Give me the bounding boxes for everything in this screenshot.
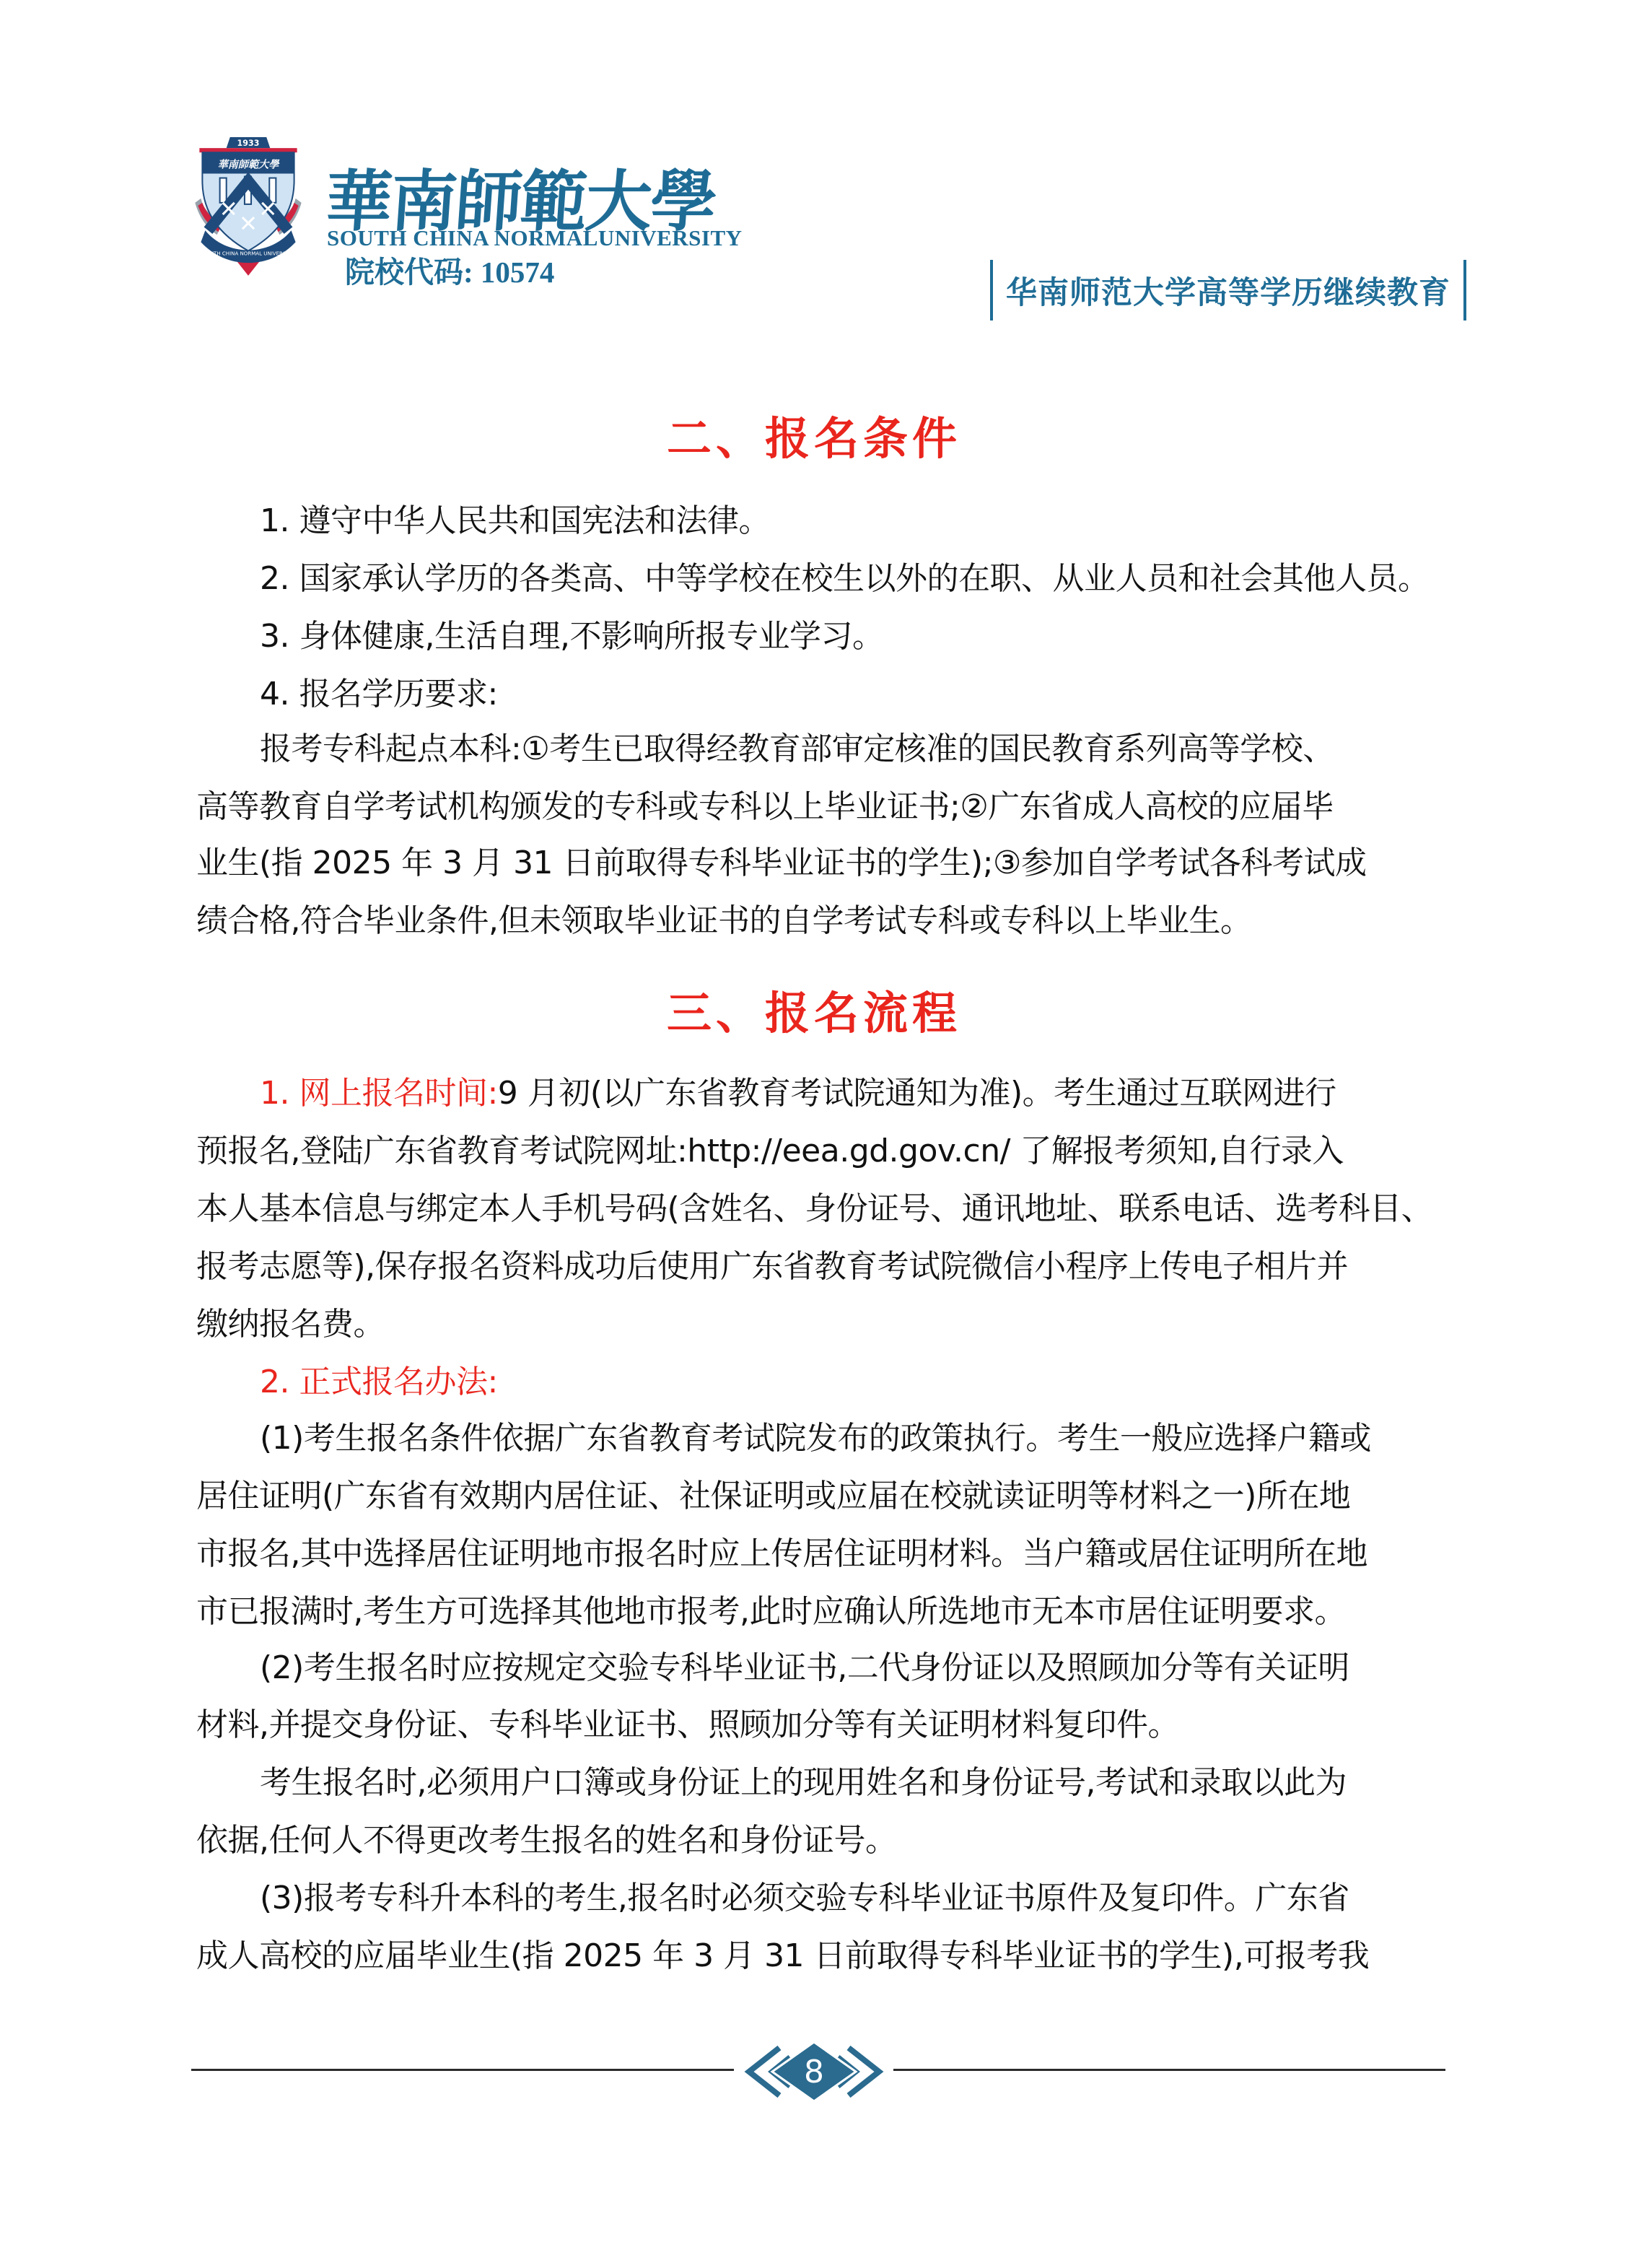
body-line: 本人基本信息与绑定本人手机号码(含姓名、身份证号、通讯地址、联系电话、选考科目、 [196, 1187, 1432, 1231]
university-name-english: SOUTH CHINA NORMALUNIVERSITY [327, 225, 743, 251]
body-line: 考生报名时,必须用户口簿或身份证上的现用姓名和身份证号,考试和录取以此为 [260, 1761, 1347, 1805]
body-line: (3)报考专科升本科的考生,报名时必须交验专科毕业证书原件及复印件。广东省 [260, 1877, 1349, 1920]
footer-rule-left [191, 2069, 734, 2071]
body-line: 2. 国家承认学历的各类高、中等学校在校生以外的在职、从业人员和社会其他人员。 [260, 557, 1429, 601]
body-line: 依据,任何人不得更改考生报名的姓名和身份证号。 [196, 1819, 896, 1862]
emblem-cn-name: 華南師範大學 [218, 158, 281, 170]
emblem-year: 1933 [237, 139, 260, 148]
banner-text: 华南师范大学高等学历继续教育 [1006, 269, 1450, 313]
body-line: 市报名,其中选择居住证明地市报名时应上传居住证明材料。当户籍或居住证明所在地 [196, 1532, 1367, 1576]
body-line: 3. 身体健康,生活自理,不影响所报专业学习。 [260, 615, 883, 658]
body-line: 报考专科起点本科:①考生已取得经教育部审定核准的国民教育系列高等学校、 [260, 728, 1334, 771]
body-line: 报考志愿等),保存报名资料成功后使用广东省教育考试院微信小程序上传电子相片并 [196, 1245, 1348, 1288]
body-line: 成人高校的应届毕业生(指 2025 年 3 月 31 日前取得专科毕业证书的学生… [196, 1935, 1369, 1978]
page-number-ornament: 8 [742, 2039, 886, 2104]
banner-left-bar [990, 260, 993, 320]
body-line: 居住证明(广东省有效期内居住证、社保证明或应届在校就读证明等材料之一)所在地 [196, 1475, 1350, 1518]
body-line: (1)考生报名条件依据广东省教育考试院发布的政策执行。考生一般应选择户籍或 [260, 1417, 1371, 1460]
body-line: 业生(指 2025 年 3 月 31 日前取得专科毕业证书的学生);③参加自学考… [196, 842, 1366, 885]
body-line: 缴纳报名费。 [196, 1303, 385, 1346]
page-number: 8 [804, 2054, 824, 2090]
body-line: 1. 网上报名时间:9 月初(以广东省教育考试院通知为准)。考生通过互联网进行 [260, 1072, 1336, 1115]
body-line: 市已报满时,考生方可选择其他地市报考,此时应确认所选地市无本市居住证明要求。 [196, 1590, 1346, 1634]
section-title-registration-process: 三、报名流程 [0, 977, 1628, 1042]
body-line: (2)考生报名时应按规定交验专科毕业证书,二代身份证以及照顾加分等有关证明 [260, 1647, 1349, 1690]
banner-right-bar [1463, 260, 1466, 320]
red-label: 2. 正式报名办法: [260, 1364, 498, 1400]
emblem-ribbon-text: SOUTH CHINA NORMAL UNIVERSITY [203, 250, 294, 257]
header-right-banner: 华南师范大学高等学历继续教育 [990, 258, 1466, 322]
footer-rule-right [893, 2069, 1445, 2071]
body-line: 材料,并提交身份证、专科毕业证书、照顾加分等有关证明材料复印件。 [196, 1704, 1179, 1747]
university-emblem: 1933 華南師範大學 SOUTH CHINA NORMAL UNIVERSIT… [193, 136, 303, 289]
school-code: 院校代码: 10574 [345, 248, 554, 291]
body-line: 4. 报名学历要求: [260, 673, 498, 716]
body-line: 高等教育自学考试机构颁发的专科或专科以上毕业证书;②广东省成人高校的应届毕 [196, 785, 1334, 829]
body-line: 绩合格,符合毕业条件,但未领取毕业证书的自学考试专科或专科以上毕业生。 [196, 899, 1251, 943]
red-label: 1. 网上报名时间: [260, 1075, 498, 1112]
body-line: 2. 正式报名办法: [260, 1361, 498, 1404]
body-line: 预报名,登陆广东省教育考试院网址:http://eea.gd.gov.cn/ 了… [196, 1130, 1344, 1173]
emblem-shield-icon: 1933 華南師範大學 SOUTH CHINA NORMAL UNIVERSIT… [193, 136, 303, 289]
body-line: 1. 遵守中华人民共和国宪法和法律。 [260, 500, 770, 543]
section-title-registration-conditions: 二、报名条件 [0, 403, 1628, 467]
